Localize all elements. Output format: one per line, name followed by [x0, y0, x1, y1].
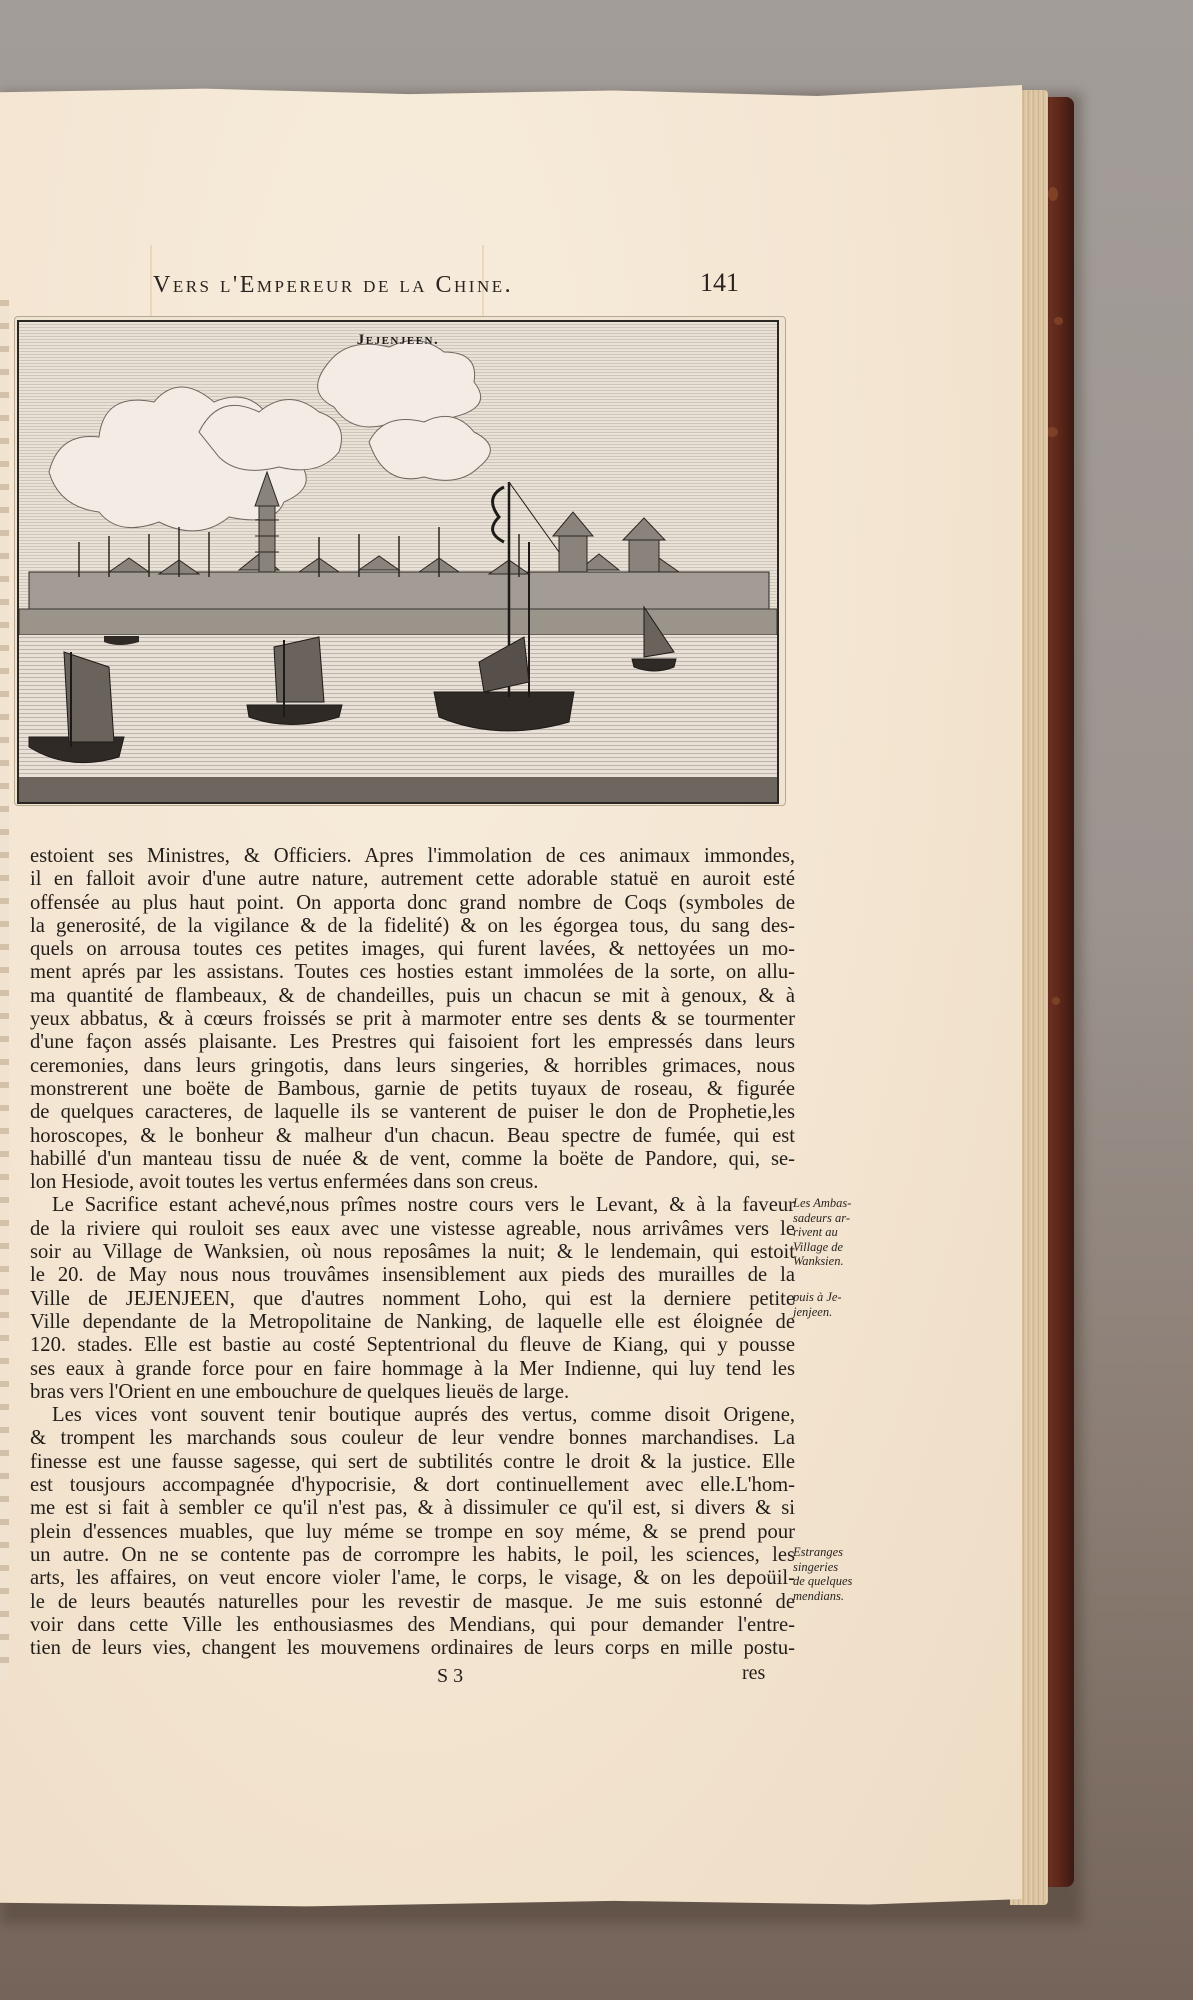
engraving-title: Jejenjeen.	[19, 332, 777, 349]
text-line: yeux abbatus, & à cœurs froissés se prit…	[30, 1008, 795, 1031]
text-line: & trompent les marchands sous couleur de…	[30, 1427, 795, 1450]
text-line: me est si fait à sembler ce qu'il n'est …	[30, 1497, 795, 1520]
text-line: de quelques caracteres, de laquelle ils …	[30, 1101, 795, 1124]
text-line: Ville dependante de la Metropolitaine de…	[30, 1311, 795, 1334]
margin-note-beggars: Estrangessingeries de quelquesmendians.	[793, 1545, 863, 1603]
text-line: ment aprés par les assistans. Toutes ces…	[30, 961, 795, 984]
text-line: estoient ses Ministres, & Officiers. Apr…	[30, 845, 795, 868]
paragraph-start: Les vices vont souvent tenir boutique au…	[30, 1404, 795, 1427]
text-line: ma quantité de flambeaux, & de chandeill…	[30, 985, 795, 1008]
running-head: Vers l'Empereur de la Chine.	[153, 272, 513, 299]
text-line: habillé d'un manteau tissu de nuée & de …	[30, 1148, 795, 1171]
body-text: estoient ses Ministres, & Officiers. Apr…	[30, 845, 795, 1660]
text-line: ceremonies, dans leurs gringotis, dans l…	[30, 1055, 795, 1078]
text-line: ses eaux à grande force pour en faire ho…	[30, 1358, 795, 1381]
text-line: 120. stades. Elle est bastie au costé Se…	[30, 1334, 795, 1357]
text-line: monstrerent une boëte de Bambous, garnie…	[30, 1078, 795, 1101]
text-line: lon Hesiode, avoit toutes les vertus enf…	[30, 1171, 795, 1194]
text-line: de la riviere qui rouloit ses eaux avec …	[30, 1218, 795, 1241]
text-line: offensée au plus haut point. On apporta …	[30, 892, 795, 915]
text-line: arts, les affaires, on veut encore viole…	[30, 1567, 795, 1590]
signature-mark: S 3	[437, 1665, 463, 1688]
text-line: voir dans cette Ville les enthousiasmes …	[30, 1614, 795, 1637]
margin-note-jejenjeen: puis à Je-jenjeen.	[793, 1290, 863, 1319]
text-line: le de leurs beautés naturelles pour les …	[30, 1591, 795, 1614]
text-line: horoscopes, & le bonheur & malheur d'un …	[30, 1125, 795, 1148]
text-line: il en falloit avoir d'une autre nature, …	[30, 868, 795, 891]
text-line: finesse est une fausse sagesse, qui sert…	[30, 1451, 795, 1474]
text-line: est tousjours accompagnée d'hypocrisie, …	[30, 1474, 795, 1497]
text-line: plein d'essences muables, que luy méme s…	[30, 1521, 795, 1544]
engraving-illustration: Jejenjeen.	[17, 320, 779, 804]
margin-note-ambassadors: Les Ambas-sadeurs ar- rivent auVillage d…	[793, 1196, 863, 1269]
text-line: quels on arrousa toutes ces petites imag…	[30, 938, 795, 961]
page-number: 141	[700, 268, 739, 298]
text-line: le 20. de May nous nous trouvâmes insens…	[30, 1264, 795, 1287]
facing-page-strip	[0, 300, 9, 1680]
text-line: d'une façon assés plaisante. Les Prestre…	[30, 1031, 795, 1054]
text-line: la generosité, de la vigilance & de la f…	[30, 915, 795, 938]
paragraph-start: Le Sacrifice estant achevé,nous prîmes n…	[30, 1194, 795, 1217]
catchword: res	[742, 1662, 765, 1685]
text-line: bras vers l'Orient en une embouchure de …	[30, 1381, 795, 1404]
city-view-engraving	[19, 322, 777, 802]
text-line: Ville de JEJENJEEN, que d'autres nomment…	[30, 1288, 795, 1311]
text-line: soir au Village de Wanksien, où nous rep…	[30, 1241, 795, 1264]
text-line: tien de leurs vies, changent les mouveme…	[30, 1637, 795, 1660]
text-line: un autre. On ne se contente pas de corro…	[30, 1544, 795, 1567]
